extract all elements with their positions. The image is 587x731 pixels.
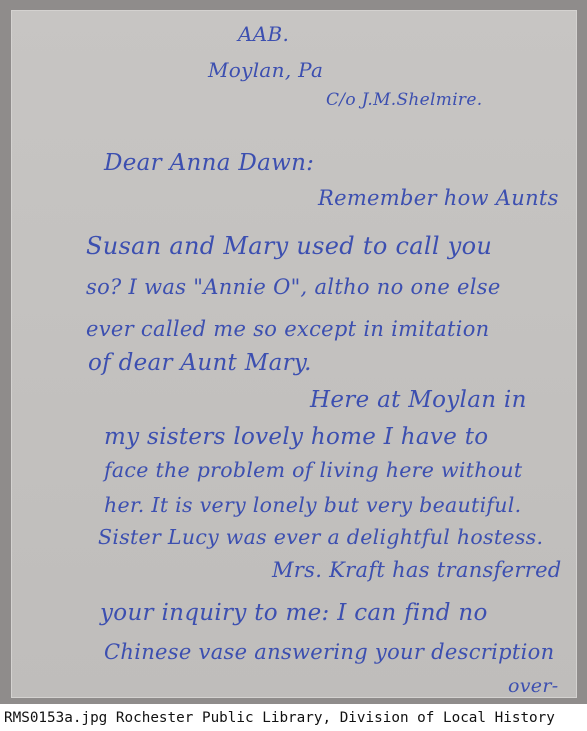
header-initials: AAB. [238, 22, 289, 46]
scanned-document: AAB. Moylan, Pa C/o J.M.Shelmire. Dear A… [0, 0, 587, 704]
letter-line: Chinese vase answering your description [104, 640, 554, 664]
header-care-of: C/o J.M.Shelmire. [326, 90, 482, 110]
letter-line: so? I was "Annie O", altho no one else [86, 275, 501, 299]
letter-line: my sisters lovely home I have to [104, 424, 488, 450]
letter-line: of dear Aunt Mary. [88, 350, 312, 376]
letter-line: her. It is very lonely but very beautifu… [104, 493, 522, 517]
letter-line: Here at Moylan in [310, 387, 527, 413]
letter-line: Mrs. Kraft has transferred [272, 558, 562, 582]
letter-line: your inquiry to me: I can find no [100, 600, 488, 626]
letter-line: Remember how Aunts [318, 186, 559, 210]
salutation: Dear Anna Dawn: [104, 150, 314, 176]
letter-line: Susan and Mary used to call you [86, 232, 492, 260]
letter-line: ever called me so except in imitation [86, 317, 489, 341]
header-place: Moylan, Pa [208, 58, 323, 82]
image-caption: RMS0153a.jpg Rochester Public Library, D… [0, 706, 587, 731]
letter-line: face the problem of living here without [104, 458, 522, 482]
letter-line: Sister Lucy was ever a delightful hostes… [98, 525, 543, 549]
letter-line-continued: over- [508, 675, 558, 697]
